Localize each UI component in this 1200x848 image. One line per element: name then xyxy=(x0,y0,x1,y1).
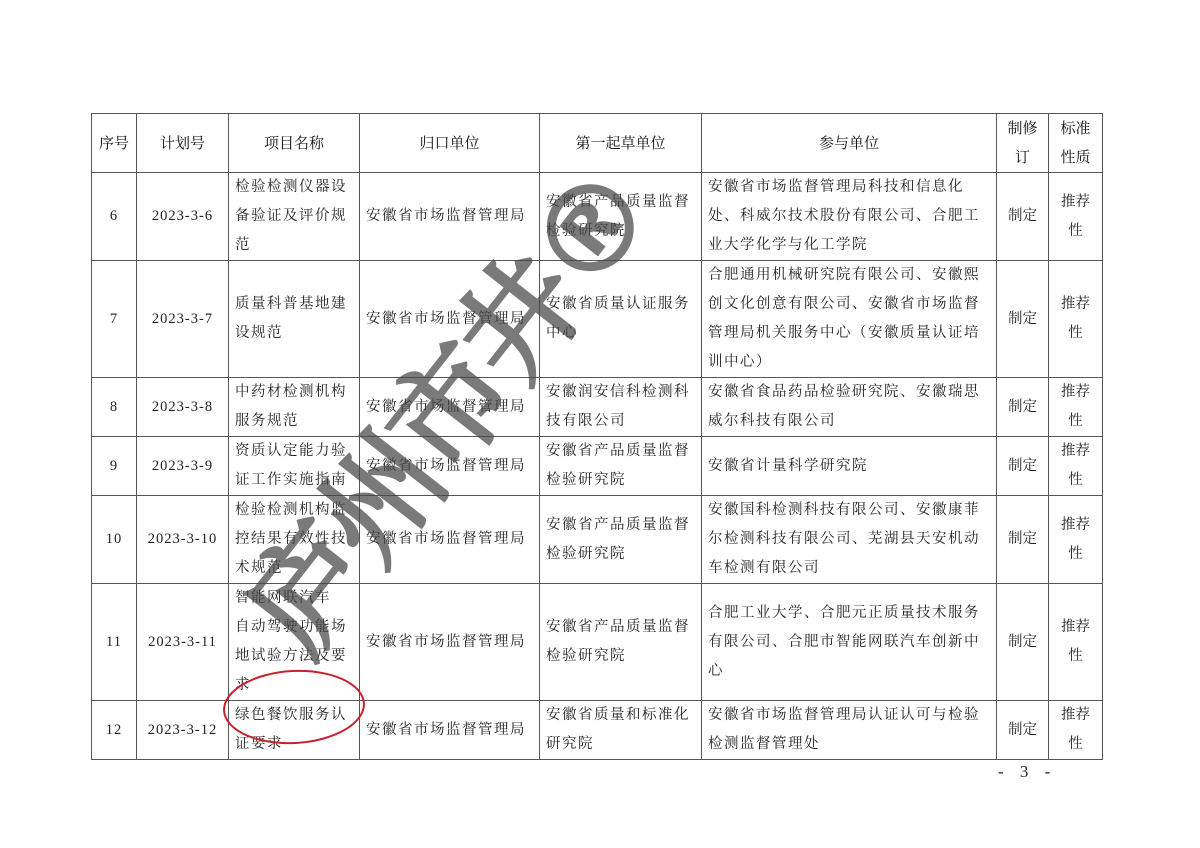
cell-standard-nature: 推荐性 xyxy=(1049,173,1103,261)
cell-first-drafter: 安徽省产品质量监督检验研究院 xyxy=(540,584,702,701)
cell-participants: 安徽省食品药品检验研究院、安徽瑞思威尔科技有限公司 xyxy=(702,378,997,437)
cell-revision-type: 制定 xyxy=(997,437,1049,496)
cell-seq: 12 xyxy=(92,701,137,760)
header-standard-nature: 标准性质 xyxy=(1049,114,1103,173)
cell-authority: 安徽省市场监督管理局 xyxy=(360,378,540,437)
cell-project-name: 检验检测仪器设备验证及评价规范 xyxy=(229,173,360,261)
table-row: 6 2023-3-6 检验检测仪器设备验证及评价规范 安徽省市场监督管理局 安徽… xyxy=(92,173,1103,261)
cell-revision-type: 制定 xyxy=(997,701,1049,760)
cell-project-name: 资质认定能力验证工作实施指南 xyxy=(229,437,360,496)
cell-standard-nature: 推荐性 xyxy=(1049,584,1103,701)
cell-first-drafter: 安徽省产品质量监督检验研究院 xyxy=(540,437,702,496)
cell-seq: 6 xyxy=(92,173,137,261)
cell-participants: 安徽国科检测科技有限公司、安徽康菲尔检测科技有限公司、芜湖县天安机动车检测有限公… xyxy=(702,496,997,584)
cell-participants: 合肥通用机械研究院有限公司、安徽熙创文化创意有限公司、安徽省市场监督管理局机关服… xyxy=(702,261,997,378)
cell-plan-no: 2023-3-11 xyxy=(137,584,229,701)
cell-authority: 安徽省市场监督管理局 xyxy=(360,261,540,378)
header-seq: 序号 xyxy=(92,114,137,173)
header-participants: 参与单位 xyxy=(702,114,997,173)
cell-plan-no: 2023-3-10 xyxy=(137,496,229,584)
table-row: 10 2023-3-10 检验检测机构监控结果有效性技术规范 安徽省市场监督管理… xyxy=(92,496,1103,584)
cell-authority: 安徽省市场监督管理局 xyxy=(360,701,540,760)
cell-project-name: 绿色餐饮服务认证要求 xyxy=(229,701,360,760)
cell-plan-no: 2023-3-6 xyxy=(137,173,229,261)
cell-plan-no: 2023-3-12 xyxy=(137,701,229,760)
cell-first-drafter: 安徽润安信科检测科技有限公司 xyxy=(540,378,702,437)
cell-revision-type: 制定 xyxy=(997,496,1049,584)
cell-standard-nature: 推荐性 xyxy=(1049,378,1103,437)
cell-first-drafter: 安徽省质量认证服务中心 xyxy=(540,261,702,378)
cell-plan-no: 2023-3-7 xyxy=(137,261,229,378)
table-row: 9 2023-3-9 资质认定能力验证工作实施指南 安徽省市场监督管理局 安徽省… xyxy=(92,437,1103,496)
cell-authority: 安徽省市场监督管理局 xyxy=(360,173,540,261)
header-first-drafter: 第一起草单位 xyxy=(540,114,702,173)
cell-standard-nature: 推荐性 xyxy=(1049,701,1103,760)
cell-authority: 安徽省市场监督管理局 xyxy=(360,437,540,496)
cell-project-name: 检验检测机构监控结果有效性技术规范 xyxy=(229,496,360,584)
header-revision-type: 制修订 xyxy=(997,114,1049,173)
cell-seq: 11 xyxy=(92,584,137,701)
cell-project-name: 中药材检测机构服务规范 xyxy=(229,378,360,437)
page-number: - 3 - xyxy=(998,762,1056,782)
header-project-name: 项目名称 xyxy=(229,114,360,173)
cell-seq: 9 xyxy=(92,437,137,496)
cell-project-name: 质量科普基地建设规范 xyxy=(229,261,360,378)
cell-seq: 7 xyxy=(92,261,137,378)
cell-seq: 8 xyxy=(92,378,137,437)
cell-standard-nature: 推荐性 xyxy=(1049,496,1103,584)
table-row: 12 2023-3-12 绿色餐饮服务认证要求 安徽省市场监督管理局 安徽省质量… xyxy=(92,701,1103,760)
cell-authority: 安徽省市场监督管理局 xyxy=(360,496,540,584)
standards-table: 序号 计划号 项目名称 归口单位 第一起草单位 参与单位 制修订 标准性质 6 … xyxy=(91,113,1103,760)
cell-standard-nature: 推荐性 xyxy=(1049,261,1103,378)
cell-standard-nature: 推荐性 xyxy=(1049,437,1103,496)
table-row: 8 2023-3-8 中药材检测机构服务规范 安徽省市场监督管理局 安徽润安信科… xyxy=(92,378,1103,437)
cell-participants: 安徽省市场监督管理局科技和信息化处、科威尔技术股份有限公司、合肥工业大学化学与化… xyxy=(702,173,997,261)
cell-participants: 安徽省计量科学研究院 xyxy=(702,437,997,496)
cell-revision-type: 制定 xyxy=(997,584,1049,701)
cell-project-name: 智能网联汽车 自动驾驶功能场地试验方法及要求 xyxy=(229,584,360,701)
cell-participants: 安徽省市场监督管理局认证认可与检验检测监督管理处 xyxy=(702,701,997,760)
table-row: 11 2023-3-11 智能网联汽车 自动驾驶功能场地试验方法及要求 安徽省市… xyxy=(92,584,1103,701)
table-header-row: 序号 计划号 项目名称 归口单位 第一起草单位 参与单位 制修订 标准性质 xyxy=(92,114,1103,173)
cell-revision-type: 制定 xyxy=(997,173,1049,261)
cell-plan-no: 2023-3-8 xyxy=(137,378,229,437)
cell-authority: 安徽省市场监督管理局 xyxy=(360,584,540,701)
header-authority: 归口单位 xyxy=(360,114,540,173)
cell-first-drafter: 安徽省质量和标准化研究院 xyxy=(540,701,702,760)
cell-revision-type: 制定 xyxy=(997,261,1049,378)
cell-plan-no: 2023-3-9 xyxy=(137,437,229,496)
cell-seq: 10 xyxy=(92,496,137,584)
cell-revision-type: 制定 xyxy=(997,378,1049,437)
cell-first-drafter: 安徽省产品质量监督检验研究院 xyxy=(540,173,702,261)
table-row: 7 2023-3-7 质量科普基地建设规范 安徽省市场监督管理局 安徽省质量认证… xyxy=(92,261,1103,378)
cell-participants: 合肥工业大学、合肥元正质量技术服务有限公司、合肥市智能网联汽车创新中心 xyxy=(702,584,997,701)
cell-first-drafter: 安徽省产品质量监督检验研究院 xyxy=(540,496,702,584)
header-plan-no: 计划号 xyxy=(137,114,229,173)
